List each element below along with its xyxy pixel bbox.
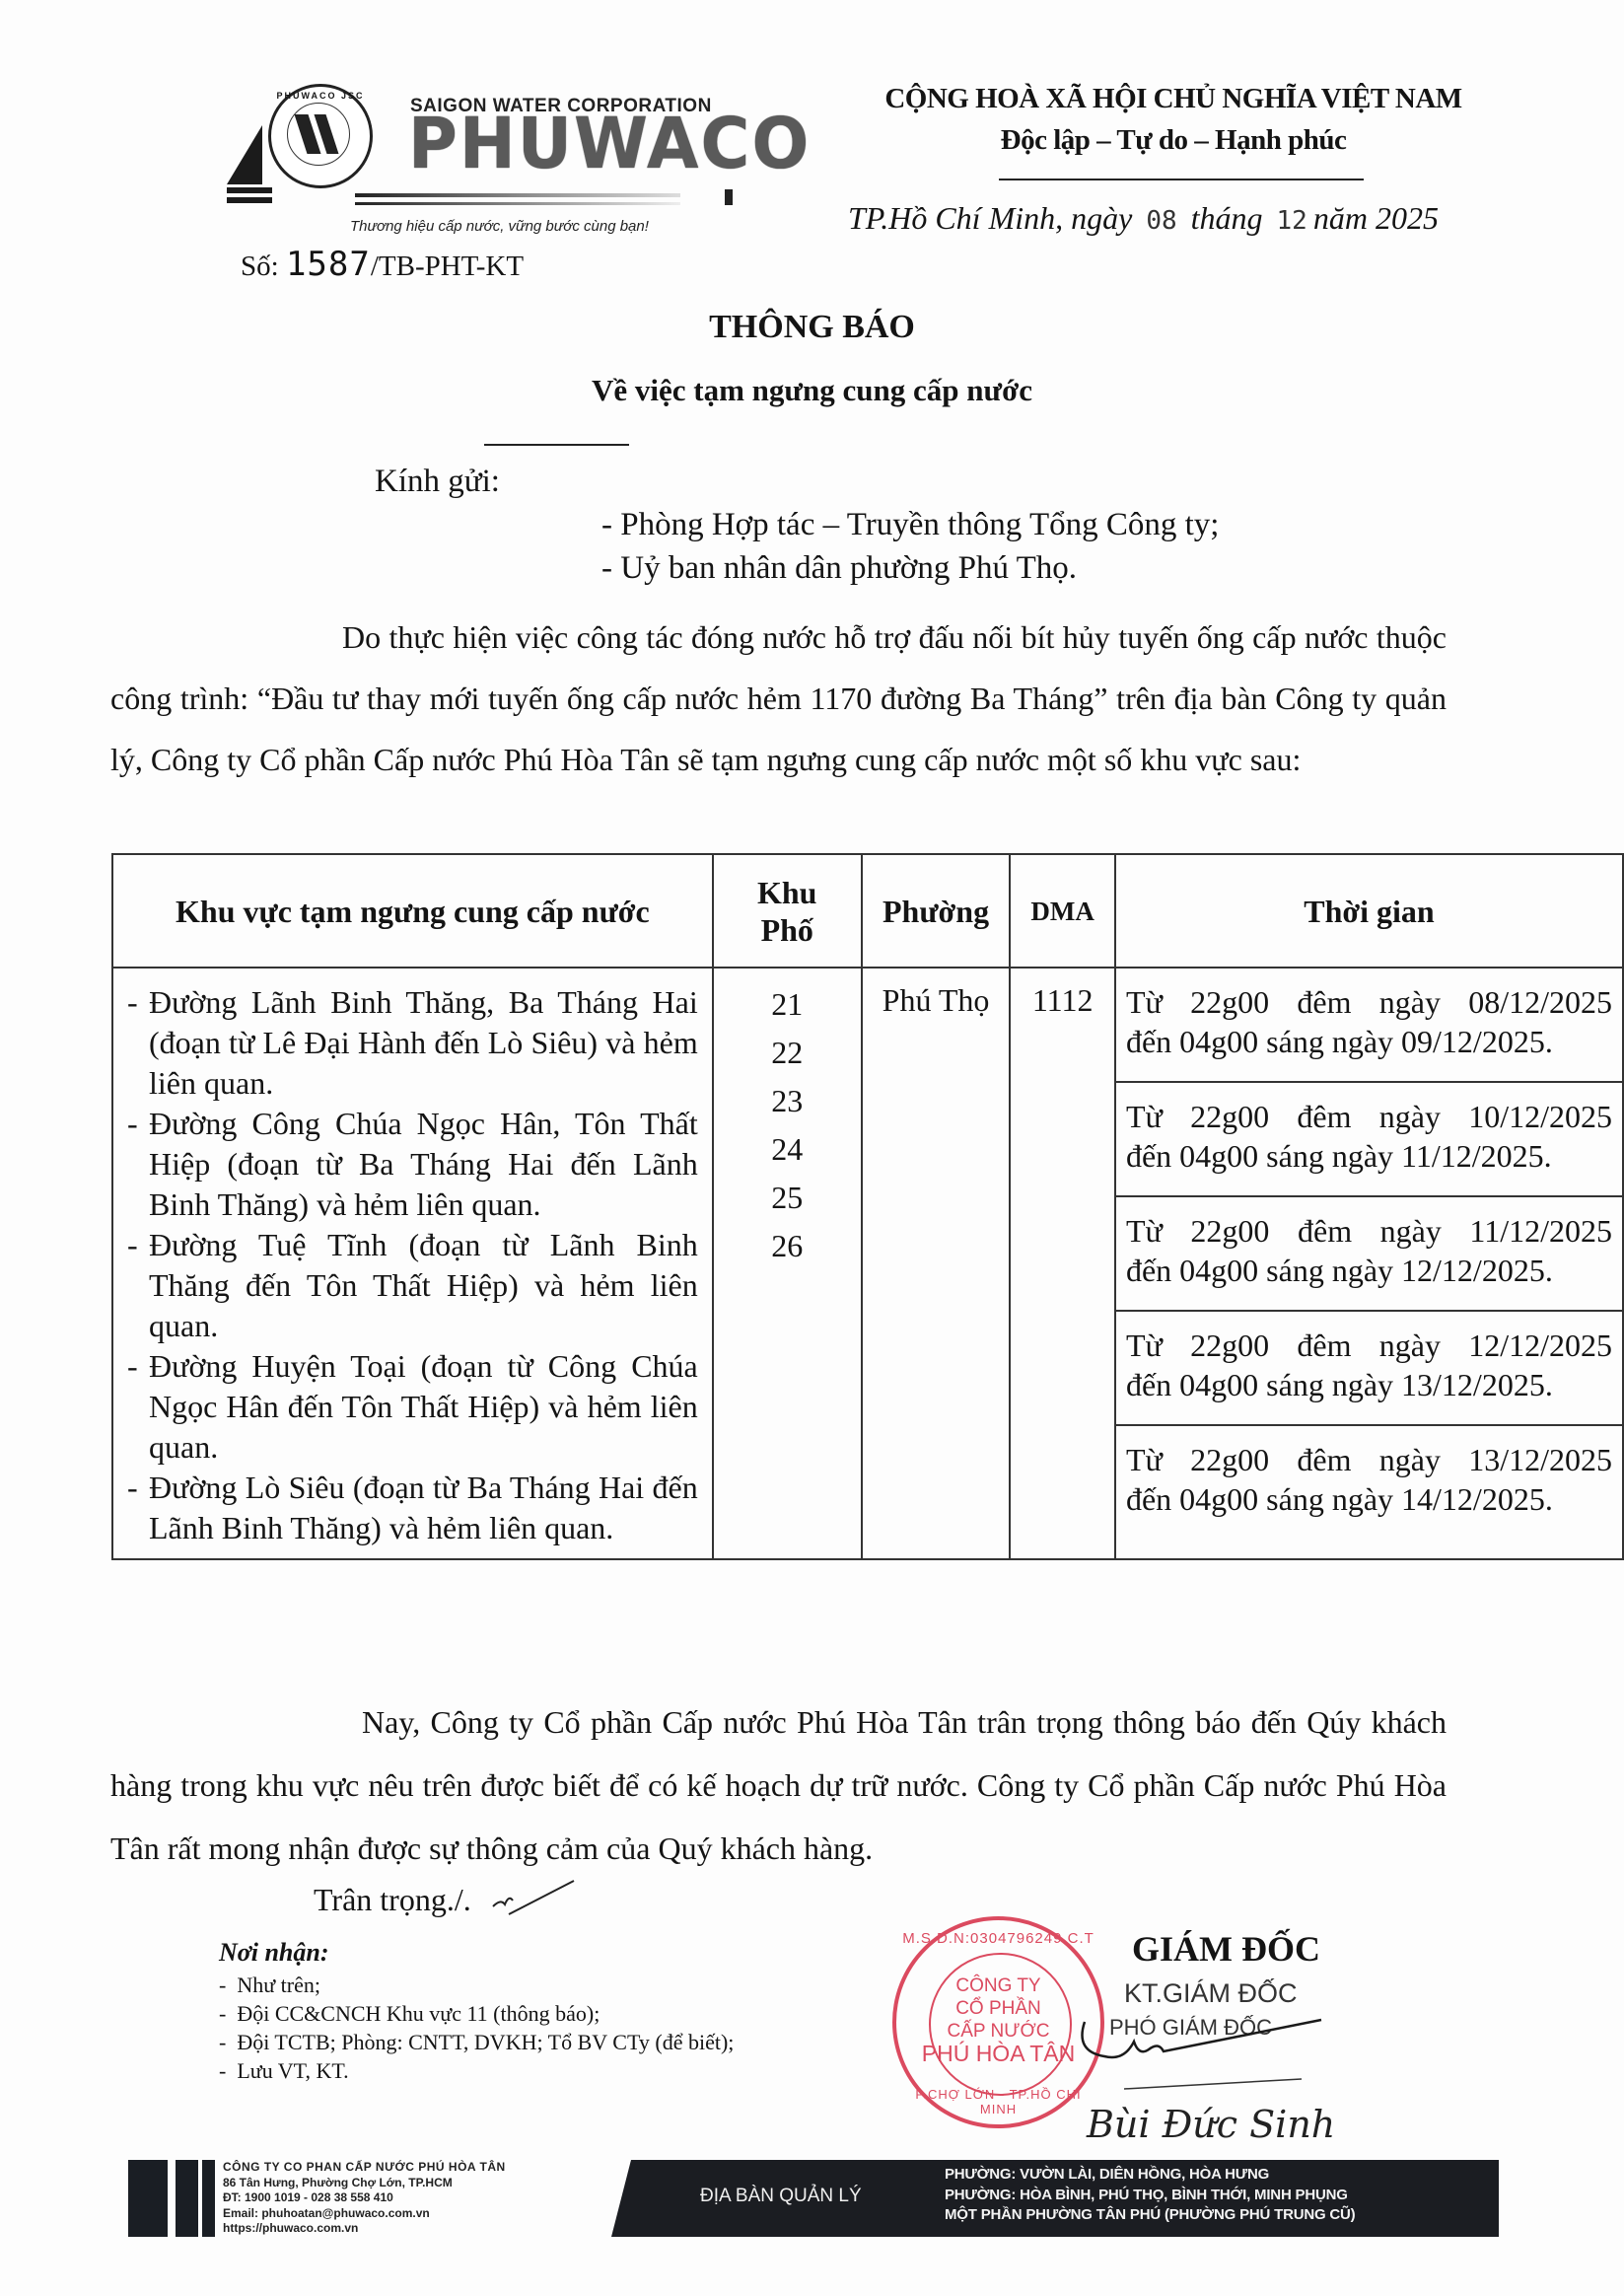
date-month: 12 bbox=[1271, 206, 1313, 236]
intro-paragraph: Do thực hiện việc công tác đóng nước hỗ … bbox=[110, 607, 1447, 790]
footer-ward-line: MỘT PHẦN PHƯỜNG TÂN PHÚ (PHƯỜNG PHÚ TRUN… bbox=[945, 2205, 1355, 2226]
slot-start-date: 13/12/2025 bbox=[1468, 1440, 1612, 1479]
logo-wedge-shape bbox=[227, 125, 262, 184]
brand-slogan: Thương hiệu cấp nước, vững bước cùng bạn… bbox=[350, 218, 649, 235]
distribution-list: Như trên; Đội CC&CNCH Khu vực 11 (thông … bbox=[219, 1971, 734, 2085]
footer-email[interactable]: Email: phuhoatan@phuwaco.com.vn bbox=[223, 2206, 506, 2222]
time-slot: Từ22g00đêmngày12/12/2025 đến 04g00 sáng … bbox=[1116, 1312, 1622, 1426]
slot-word: đêm bbox=[1297, 982, 1351, 1022]
footer-ward-line: PHƯỜNG: HÒA BÌNH, PHÚ THỌ, BÌNH THỚI, MI… bbox=[945, 2186, 1355, 2206]
footer-address: 86 Tân Hưng, Phường Chợ Lớn, TP.HCM bbox=[223, 2176, 506, 2191]
footer-area-label: ĐỊA BÀN QUẢN LÝ bbox=[700, 2186, 862, 2207]
time-slot: Từ22g00đêmngày08/12/2025 đến 04g00 sáng … bbox=[1116, 969, 1622, 1083]
slot-end: đến 04g00 sáng ngày 11/12/2025. bbox=[1126, 1136, 1612, 1176]
slot-word: đêm bbox=[1297, 1097, 1351, 1136]
header-area: Khu vực tạm ngưng cung cấp nước bbox=[112, 854, 713, 968]
table-row: Đường Lãnh Binh Thăng, Ba Tháng Hai (đoạ… bbox=[112, 968, 1623, 1559]
footer-company-name: CÔNG TY CO PHAN CẤP NƯỚC PHÚ HÒA TÂN bbox=[223, 2160, 506, 2176]
notice-title: THÔNG BÁO bbox=[0, 309, 1624, 346]
distribution-item: Lưu VT, KT. bbox=[219, 2056, 734, 2085]
doc-number-suffix: /TB-PHT-KT bbox=[371, 251, 524, 282]
regards: Trân trọng./. bbox=[314, 1882, 471, 1918]
logo-bar bbox=[227, 187, 272, 193]
footer-ward-line: PHƯỜNG: VƯỜN LÀI, DIÊN HỒNG, HÒA HƯNG bbox=[945, 2165, 1355, 2186]
footer-ward-list: PHƯỜNG: VƯỜN LÀI, DIÊN HỒNG, HÒA HƯNG PH… bbox=[945, 2165, 1355, 2226]
header-time: Thời gian bbox=[1115, 854, 1623, 968]
time-slot: Từ22g00đêmngày11/12/2025 đến 04g00 sáng … bbox=[1116, 1197, 1622, 1312]
slot-word: Từ bbox=[1126, 1440, 1163, 1479]
area-item: Đường Lò Siêu (đoạn từ Ba Tháng Hai đến … bbox=[127, 1468, 698, 1548]
closing-paragraph: Nay, Công ty Cổ phần Cấp nước Phú Hòa Tâ… bbox=[110, 1690, 1447, 1880]
recipient-item: - Uỷ ban nhân dân phường Phú Thọ. bbox=[601, 546, 1219, 590]
table-header-row: Khu vực tạm ngưng cung cấp nước Khu Phố … bbox=[112, 854, 1623, 968]
slot-word: ngày bbox=[1379, 982, 1441, 1022]
khu-pho-item: 21 bbox=[714, 980, 861, 1029]
company-logo: PHUWACO JSC SAIGON WATER CORPORATION PHU… bbox=[227, 84, 740, 237]
signer-name: Bùi Đức Sinh bbox=[1087, 2103, 1335, 2146]
slot-start-date: 10/12/2025 bbox=[1468, 1097, 1612, 1136]
khu-pho-item: 25 bbox=[714, 1174, 861, 1222]
recipient-item: - Phòng Hợp tác – Truyền thông Tổng Công… bbox=[601, 503, 1219, 546]
slot-word: 22g00 bbox=[1190, 1211, 1269, 1251]
motto-underline bbox=[999, 179, 1364, 180]
slot-word: ngày bbox=[1380, 1211, 1442, 1251]
notice-subject: Về việc tạm ngưng cung cấp nước bbox=[0, 373, 1624, 408]
logo-seal-icon: PHUWACO JSC bbox=[268, 84, 373, 188]
slot-word: ngày bbox=[1379, 1326, 1441, 1365]
dma-cell: 1112 bbox=[1010, 968, 1115, 1559]
khu-pho-item: 24 bbox=[714, 1125, 861, 1174]
signer-on-behalf: KT.GIÁM ĐỐC bbox=[1124, 1978, 1298, 2009]
slot-word: ngày bbox=[1379, 1097, 1441, 1136]
footer-company-info: CÔNG TY CO PHAN CẤP NƯỚC PHÚ HÒA TÂN 86 … bbox=[223, 2160, 506, 2237]
ward-cell: Phú Thọ bbox=[862, 968, 1011, 1559]
slot-start-date: 12/12/2025 bbox=[1468, 1326, 1612, 1365]
khu-pho-item: 26 bbox=[714, 1222, 861, 1270]
khu-pho-item: 23 bbox=[714, 1077, 861, 1125]
slot-word: đêm bbox=[1297, 1440, 1351, 1479]
area-item: Đường Tuệ Tĩnh (đoạn từ Lãnh Binh Thăng … bbox=[127, 1225, 698, 1346]
header-dma: DMA bbox=[1010, 854, 1115, 968]
brand-wordmark: PHUWACO bbox=[408, 109, 811, 179]
national-motto: Độc lập – Tự do – Hạnh phúc bbox=[858, 124, 1489, 157]
slot-word: ngày bbox=[1379, 1440, 1441, 1479]
signature-icon bbox=[1065, 2012, 1341, 2091]
slot-end: đến 04g00 sáng ngày 09/12/2025. bbox=[1126, 1022, 1612, 1061]
slot-word: đêm bbox=[1297, 1326, 1351, 1365]
slot-end: đến 04g00 sáng ngày 12/12/2025. bbox=[1126, 1251, 1612, 1290]
signer-title: GIÁM ĐỐC bbox=[1132, 1928, 1320, 1970]
area-cell: Đường Lãnh Binh Thăng, Ba Tháng Hai (đoạ… bbox=[112, 968, 713, 1559]
footer-phone: ĐT: 1900 1019 - 028 38 558 410 bbox=[223, 2190, 506, 2206]
time-slot: Từ22g00đêmngày13/12/2025 đến 04g00 sáng … bbox=[1116, 1426, 1622, 1541]
initials-mark-icon bbox=[489, 1877, 578, 1916]
stamp-ring-bottom: P.CHỢ LỚN - TP.HỒ CHÍ MINH bbox=[896, 2087, 1100, 2117]
distribution-title: Nơi nhận: bbox=[219, 1938, 329, 1968]
header-ward: Phường bbox=[862, 854, 1011, 968]
slot-word: Từ bbox=[1126, 1326, 1163, 1365]
area-item: Đường Huyện Toại (đoạn từ Công Chúa Ngọc… bbox=[127, 1346, 698, 1468]
slot-word: 22g00 bbox=[1190, 1440, 1269, 1479]
date-day: 08 bbox=[1140, 206, 1182, 236]
area-list: Đường Lãnh Binh Thăng, Ba Tháng Hai (đoạ… bbox=[113, 969, 712, 1558]
doc-number-prefix: Số: bbox=[241, 251, 279, 282]
slot-word: Từ bbox=[1126, 1211, 1163, 1251]
header-khu-pho: Khu Phố bbox=[713, 854, 862, 968]
khu-pho-item: 22 bbox=[714, 1029, 861, 1077]
time-slot: Từ22g00đêmngày10/12/2025 đến 04g00 sáng … bbox=[1116, 1083, 1622, 1197]
place-and-date: TP.Hồ Chí Minh, ngày 08 tháng 12năm 2025 bbox=[848, 200, 1439, 237]
logo-bar bbox=[227, 197, 272, 203]
distribution-item: Như trên; bbox=[219, 1971, 734, 1999]
document-number: Số: 1587/TB-PHT-KT bbox=[241, 245, 524, 284]
doc-number-value: 1587 bbox=[286, 245, 371, 284]
slot-word: 22g00 bbox=[1190, 982, 1269, 1022]
slot-word: Từ bbox=[1126, 1097, 1163, 1136]
logo-seal-text: PHUWACO JSC bbox=[271, 91, 370, 101]
distribution-item: Đội TCTB; Phòng: CNTT, DVKH; Tổ BV CTy (… bbox=[219, 2028, 734, 2056]
greeting: Kính gửi: bbox=[375, 464, 500, 500]
recipient-list: - Phòng Hợp tác – Truyền thông Tổng Công… bbox=[601, 503, 1219, 590]
stamp-ring-top: M.S.D.N:0304796249.C.T bbox=[896, 1930, 1100, 1947]
slot-word: 22g00 bbox=[1190, 1097, 1269, 1136]
footer-website[interactable]: https://phuwaco.com.vn bbox=[223, 2221, 506, 2237]
slot-end: đến 04g00 sáng ngày 13/12/2025. bbox=[1126, 1365, 1612, 1404]
area-item: Đường Công Chúa Ngọc Hân, Tôn Thất Hiệp … bbox=[127, 1104, 698, 1225]
footer-logo-bars bbox=[128, 2160, 217, 2237]
slot-word: đêm bbox=[1298, 1211, 1352, 1251]
distribution-item: Đội CC&CNCH Khu vực 11 (thông báo); bbox=[219, 1999, 734, 2028]
outage-schedule-table: Khu vực tạm ngưng cung cấp nước Khu Phố … bbox=[111, 853, 1624, 1560]
slot-start-date: 11/12/2025 bbox=[1469, 1211, 1612, 1251]
time-cell: Từ22g00đêmngày08/12/2025 đến 04g00 sáng … bbox=[1115, 968, 1623, 1559]
area-item: Đường Lãnh Binh Thăng, Ba Tháng Hai (đoạ… bbox=[127, 982, 698, 1104]
slot-word: Từ bbox=[1126, 982, 1163, 1022]
khu-pho-cell: 21 22 23 24 25 26 bbox=[713, 968, 862, 1559]
national-title: CỘNG HOÀ XÃ HỘI CHỦ NGHĨA VIỆT NAM bbox=[858, 83, 1489, 115]
slot-end: đến 04g00 sáng ngày 14/12/2025. bbox=[1126, 1479, 1612, 1519]
subject-underline bbox=[484, 444, 629, 446]
slot-word: 22g00 bbox=[1190, 1326, 1269, 1365]
slot-start-date: 08/12/2025 bbox=[1468, 982, 1612, 1022]
